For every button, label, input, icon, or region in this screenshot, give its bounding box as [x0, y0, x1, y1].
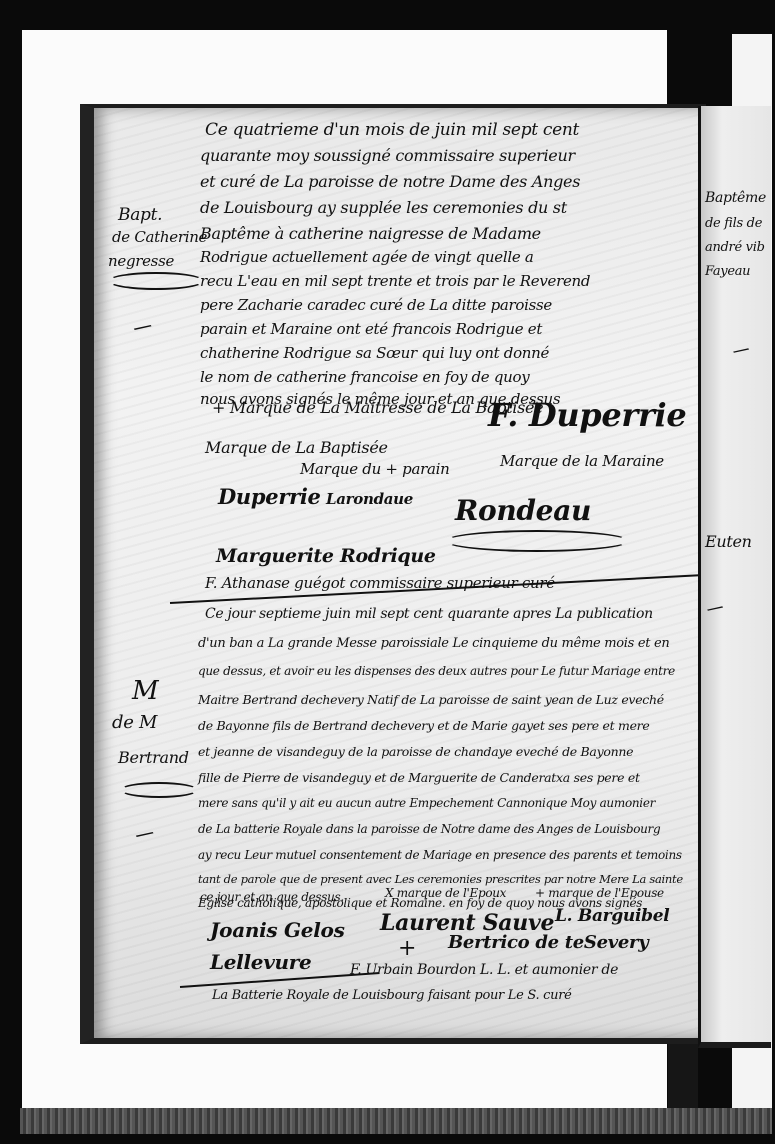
godfather-mark: Marque du + parain — [300, 460, 449, 478]
text-line: chatherine Rodrigue sa Sœur qui luy ont … — [200, 344, 549, 362]
chaplain-signature-line-2: La Batterie Royale de Louisbourg faisant… — [212, 988, 572, 1003]
text-line: parain et Maraine ont eté francois Rodri… — [200, 320, 542, 338]
margin-note-groom: Bertrand — [118, 748, 189, 767]
godmother-mark-2: Marque de la Maraine — [500, 452, 664, 470]
priest-signature-line: F. Athanase guégot commissaire superieur… — [205, 574, 555, 592]
signature-dechevery: Bertrico de teSevery — [448, 932, 648, 953]
text-line: et jeanne de visandeguy de la paroisse d… — [198, 744, 633, 759]
text-line: de Louisbourg ay supplée les ceremonies … — [200, 198, 567, 217]
signature-marguerite: Marguerite Rodrique — [216, 545, 436, 567]
margin-note-descriptor: negresse — [108, 252, 174, 270]
text-line: mere sans qu'il y ait eu aucun autre Emp… — [198, 796, 655, 810]
groom-mark: X marque de l'Epoux — [385, 886, 506, 900]
text-line: le nom de catherine francoise en foy de … — [200, 368, 529, 386]
chaplain-signature-line: F. Urbain Bourdon L. L. et aumonier de — [350, 962, 618, 978]
text-line: recu L'eau en mil sept trente et trois p… — [200, 272, 590, 290]
signature-duperrie-2: Duperrie — [218, 484, 321, 509]
text-line: Rodrigue actuellement agée de vingt quel… — [200, 248, 534, 266]
scan-table-edge — [20, 1108, 772, 1134]
cross-mark: + — [398, 936, 416, 961]
right-margin-note: Fayeau — [705, 264, 750, 279]
margin-note-marriage: M — [132, 676, 158, 706]
text-line: et curé de La paroisse de notre Dame des… — [200, 172, 580, 191]
text-line: Ce quatrieme d'un mois de juin mil sept … — [205, 120, 579, 140]
right-margin-note: Baptême — [705, 190, 766, 206]
text-line: Maitre Bertrand dechevery Natif de La pa… — [198, 692, 664, 707]
signature-duperrie: F. Duperrie — [488, 396, 686, 434]
right-lower-word: Euten — [705, 532, 752, 551]
margin-note-name: de Catherine — [112, 228, 207, 246]
margin-flourish-2 — [120, 782, 198, 798]
margin-note-marriage-2: de M — [112, 712, 157, 733]
margin-note-baptism: Bapt. — [118, 205, 162, 225]
right-margin-note: andré vib — [705, 240, 765, 255]
text-line: fille de Pierre de visandeguy et de Marg… — [198, 770, 640, 785]
text-line: pere Zacharie caradec curé de La ditte p… — [200, 296, 552, 314]
text-line: de La batterie Royale dans la paroisse d… — [198, 822, 660, 836]
last-line: ce jour et an que dessus. — [200, 890, 344, 904]
text-line: ay recu Leur mutuel consentement de Mari… — [198, 848, 682, 862]
text-line: Baptême à catherine naigresse de Madame — [200, 224, 541, 243]
signature-rondeau: Rondeau — [455, 494, 591, 527]
signature-gelos: Joanis Gelos — [210, 918, 345, 942]
text-line: tant de parole que de present avec Les c… — [198, 872, 683, 886]
margin-flourish — [108, 272, 204, 290]
signature-lellevure: Lellevure — [210, 950, 311, 974]
bride-mark: + marque de l'Epouse — [535, 886, 664, 900]
text-line: Ce jour septieme juin mil sept cent quar… — [205, 606, 653, 622]
right-margin-note: de fils de — [705, 216, 762, 231]
text-line: de Bayonne fils de Bertrand dechevery et… — [198, 718, 649, 733]
baptized-mark: Marque de La Baptisée — [205, 438, 388, 457]
signature-barguibel: L. Barguibel — [555, 906, 669, 926]
text-line: d'un ban a La grande Messe paroissiale L… — [198, 636, 669, 651]
text-line: quarante moy soussigné commissaire super… — [200, 146, 575, 165]
signature-flourish — [445, 530, 629, 552]
text-line: que dessus, et avoir eu les dispenses de… — [198, 664, 675, 678]
signature-larondaue: Larondaue — [326, 490, 413, 508]
